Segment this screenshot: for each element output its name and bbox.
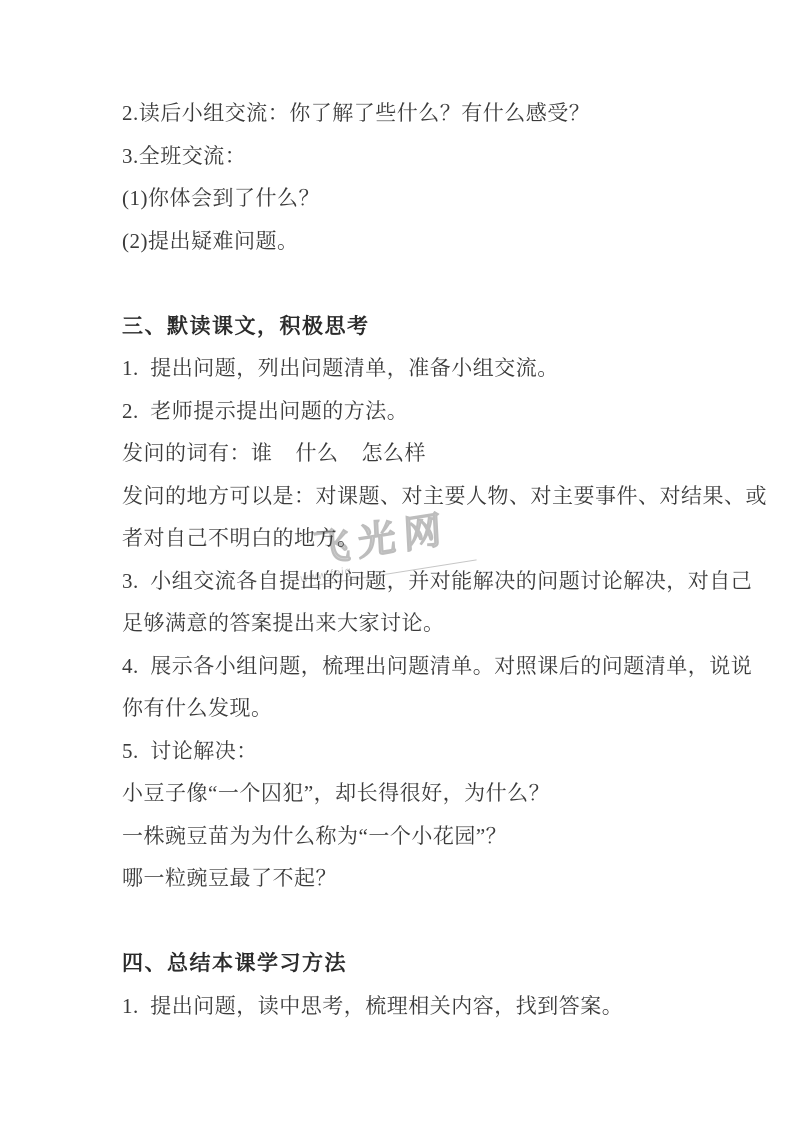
doc-line: 哪一粒豌豆最了不起？: [122, 857, 678, 900]
doc-line: 5. 讨论解决：: [122, 730, 678, 773]
doc-line: 1. 提出问题，读中思考，梳理相关内容，找到答案。: [122, 985, 678, 1028]
doc-line: 2.读后小组交流：你了解了些什么？有什么感受？: [122, 92, 678, 135]
doc-line: 3. 小组交流各自提出的问题，并对能解决的问题讨论解决，对自己: [122, 560, 678, 603]
doc-line: (2)提出疑难问题。: [122, 220, 678, 263]
doc-line: 3.全班交流：: [122, 135, 678, 178]
doc-line: 4. 展示各小组问题，梳理出问题清单。对照课后的问题清单，说说: [122, 645, 678, 688]
blank-line: [122, 900, 678, 943]
section-heading-four: 四、总结本课学习方法: [122, 942, 678, 985]
document-page: 飞光网 www.feig 2.读后小组交流：你了解了些什么？有什么感受？ 3.全…: [0, 0, 793, 1122]
doc-line: 1. 提出问题，列出问题清单，准备小组交流。: [122, 347, 678, 390]
doc-line: 者对自己不明白的地方。: [122, 517, 678, 560]
doc-line: 2. 老师提示提出问题的方法。: [122, 390, 678, 433]
section-heading-three: 三、默读课文，积极思考: [122, 305, 678, 348]
doc-line: 小豆子像“一个囚犯”，却长得很好，为什么？: [122, 772, 678, 815]
blank-line: [122, 262, 678, 305]
doc-line: 足够满意的答案提出来大家讨论。: [122, 602, 678, 645]
document-body: 2.读后小组交流：你了解了些什么？有什么感受？ 3.全班交流： (1)你体会到了…: [122, 92, 678, 1027]
doc-line: 你有什么发现。: [122, 687, 678, 730]
doc-line: 发问的地方可以是：对课题、对主要人物、对主要事件、对结果、或: [122, 475, 678, 518]
doc-line: 一株豌豆苗为为什么称为“一个小花园”？: [122, 815, 678, 858]
doc-line: (1)你体会到了什么？: [122, 177, 678, 220]
doc-line: 发问的词有：谁 什么 怎么样: [122, 432, 678, 475]
